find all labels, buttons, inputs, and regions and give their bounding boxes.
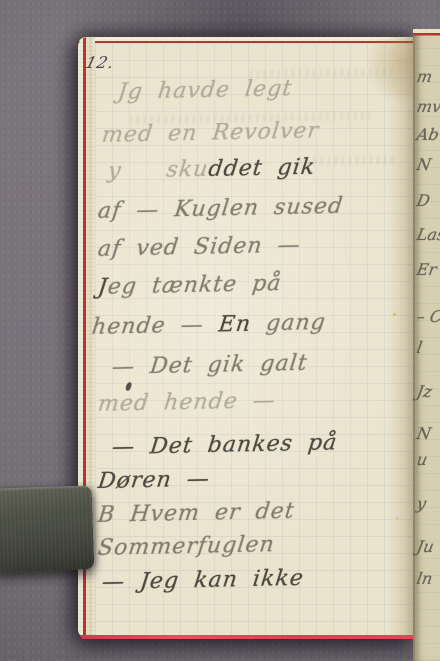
facing-page-text-fragment: D bbox=[415, 191, 431, 210]
facing-page-text-fragment: l bbox=[415, 338, 423, 357]
handwriting-segment: B Hvem er det bbox=[97, 499, 297, 528]
handwriting-line: af — Kuglen sused bbox=[97, 194, 345, 224]
metal-clamp bbox=[0, 485, 94, 572]
facing-page-top-red-edge bbox=[413, 29, 440, 38]
handwriting-line: med en Revolver bbox=[101, 118, 321, 148]
notebook-left-page: 12. Jg havde legtmed en Revolvery skudde… bbox=[78, 37, 414, 639]
handwriting-line: — Det gik galt bbox=[111, 351, 310, 380]
facing-page-text-fragment: y bbox=[415, 494, 427, 513]
facing-page-text-fragment: Ju bbox=[415, 537, 435, 556]
handwriting-line: y skuddet gik bbox=[107, 155, 317, 184]
handwriting-line: — Jeg kan ikke bbox=[101, 566, 306, 595]
facing-page-text-fragment: ln bbox=[415, 569, 434, 588]
handwriting-line: Jeg tænkte på bbox=[97, 271, 283, 300]
handwriting-segment: gang bbox=[250, 310, 328, 337]
handwriting-line: Sommerfuglen bbox=[97, 532, 277, 561]
handwriting-segment: hende — bbox=[91, 312, 221, 340]
handwriting-segment: Sommerfuglen bbox=[97, 532, 277, 561]
handwriting-line: af ved Siden — bbox=[97, 233, 303, 262]
facing-page-text-fragment: – C bbox=[415, 307, 440, 326]
handwriting-segment: Døren — bbox=[97, 467, 212, 494]
facing-page-text-fragment: u bbox=[415, 450, 429, 469]
handwriting-segment: — Det gik galt bbox=[111, 351, 310, 380]
handwriting-line: B Hvem er det bbox=[97, 499, 297, 528]
facing-page-text-fragment: N bbox=[415, 424, 432, 443]
facing-page-text-fragment: N bbox=[415, 155, 432, 174]
facing-page-text-fragment: Las bbox=[415, 225, 440, 244]
facing-page-text-fragment: m bbox=[415, 67, 434, 86]
facing-page-text-fragment: Jz bbox=[415, 382, 433, 401]
handwriting-segment: Jg havde legt bbox=[117, 76, 294, 105]
handwriting-line: Døren — bbox=[97, 467, 212, 494]
handwriting-line: — Det bankes på bbox=[111, 430, 339, 460]
handwriting-segment: af ved Siden — bbox=[97, 233, 303, 262]
page-bottom-red-edge bbox=[80, 635, 414, 639]
handwriting-segment: y sku bbox=[107, 157, 210, 184]
handwriting-line: Jg havde legt bbox=[117, 76, 294, 105]
handwriting-segment: ddet gik bbox=[207, 155, 317, 182]
facing-page-text-fragment: Er bbox=[415, 260, 438, 279]
handwriting-segment: En bbox=[217, 312, 252, 338]
handwriting-segment: eg tænkte på bbox=[106, 271, 283, 300]
handwriting-segment: med en Revolver bbox=[101, 118, 321, 148]
handwriting-line: med hende — bbox=[97, 388, 278, 417]
facing-page-text-fragment: Ab bbox=[415, 125, 440, 144]
handwriting-segment: af — Kuglen sused bbox=[97, 194, 345, 224]
handwriting-segment: — Det bankes på bbox=[111, 430, 339, 460]
facing-page-text-fragment: mv bbox=[415, 97, 440, 116]
handwriting-segment: med hende — bbox=[97, 388, 278, 417]
handwriting: Jg havde legtmed en Revolvery skuddet gi… bbox=[78, 37, 414, 639]
handwriting-segment: — Jeg kan ikke bbox=[101, 566, 306, 595]
handwriting-line: hende — En gang bbox=[91, 310, 328, 340]
facing-page-edge: mmvAbNDLasEr– ClJzNuyJuln bbox=[413, 29, 440, 661]
felt-background: 12. Jg havde legtmed en Revolvery skudde… bbox=[0, 0, 440, 661]
